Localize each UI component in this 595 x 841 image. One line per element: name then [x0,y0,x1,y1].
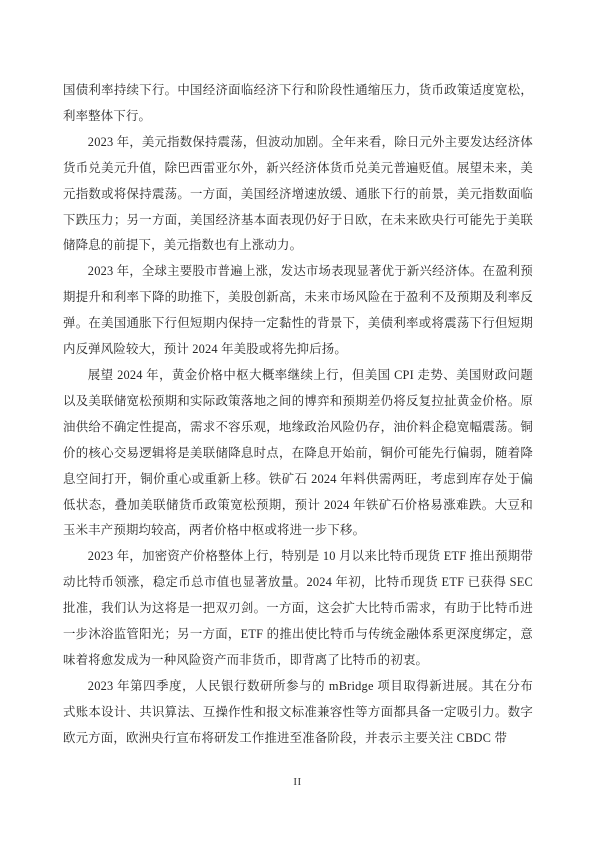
paragraph: 国债利率持续下行。中国经济面临经济下行和阶段性通缩压力，货币政策适度宽松，利率整… [63,78,533,130]
paragraph: 2023 年，全球主要股市普遍上涨，发达市场表现显著优于新兴经济体。在盈利预期提… [63,259,533,363]
page-number: II [0,776,595,788]
paragraph: 2023 年，加密资产价格整体上行，特别是 10 月以来比特币现货 ETF 推出… [63,544,533,674]
paragraph: 2023 年，美元指数保持震荡，但波动加剧。全年来看，除日元外主要发达经济体货币… [63,130,533,260]
paragraph: 展望 2024 年，黄金价格中枢大概率继续上行，但美国 CPI 走势、美国财政问… [63,363,533,544]
document-page: 国债利率持续下行。中国经济面临经济下行和阶段性通缩压力，货币政策适度宽松，利率整… [0,0,595,841]
paragraph: 2023 年第四季度，人民银行数研所参与的 mBridge 项目取得新进展。其在… [63,674,533,752]
body-text: 国债利率持续下行。中国经济面临经济下行和阶段性通缩压力，货币政策适度宽松，利率整… [63,78,533,752]
